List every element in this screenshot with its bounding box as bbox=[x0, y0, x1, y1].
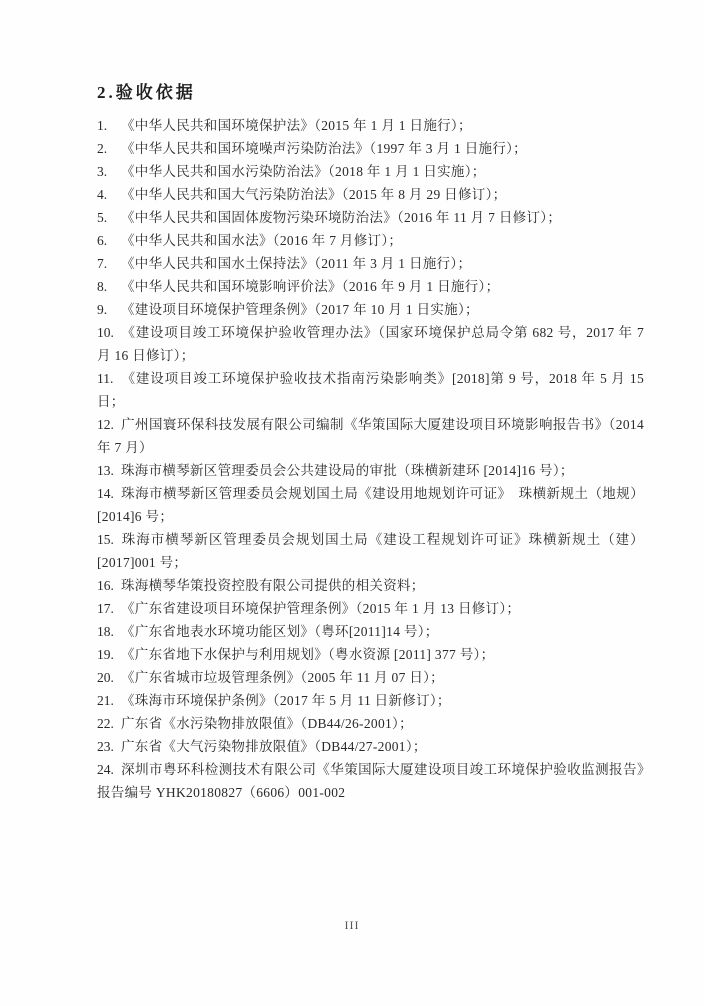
item-text: 《中华人民共和国环境影响评价法》（2016 年 9 月 1 日施行）； bbox=[121, 279, 499, 294]
item-number: 22. bbox=[97, 712, 121, 735]
item-number: 5. bbox=[97, 206, 121, 229]
section-heading: 2.验收依据 bbox=[97, 78, 644, 103]
item-text: 《广东省地下水保护与利用规划》（粤水资源 [2011] 377 号）； bbox=[121, 647, 494, 662]
list-item: 17.《广东省建设项目环境保护管理条例》（2015 年 1 月 13 日修订）； bbox=[97, 597, 644, 620]
item-text: 《建设项目环境保护管理条例》（2017 年 10 月 1 日实施）； bbox=[121, 302, 479, 317]
list-item: 3.《中华人民共和国水污染防治法》（2018 年 1 月 1 日实施）； bbox=[97, 160, 644, 183]
item-text: 《广东省城市垃圾管理条例》（2005 年 11 月 07 日）； bbox=[121, 670, 444, 685]
list-item: 2.《中华人民共和国环境噪声污染防治法》（1997 年 3 月 1 日施行）； bbox=[97, 137, 644, 160]
item-number: 1. bbox=[97, 114, 121, 137]
item-text: 珠海市横琴新区管理委员会公共建设局的审批（珠横新建环 [2014]16 号）； bbox=[121, 463, 574, 478]
item-number: 8. bbox=[97, 275, 121, 298]
item-text: 《建设项目竣工环境保护验收技术指南污染影响类》[2018]第 9 号，2018 … bbox=[97, 371, 644, 409]
item-number: 13. bbox=[97, 459, 121, 482]
item-number: 20. bbox=[97, 666, 121, 689]
item-number: 9. bbox=[97, 298, 121, 321]
list-item: 18.《广东省地表水环境功能区划》（粤环[2011]14 号）； bbox=[97, 620, 644, 643]
list-item: 5.《中华人民共和国固体废物污染环境防治法》（2016 年 11 月 7 日修订… bbox=[97, 206, 644, 229]
item-number: 24. bbox=[97, 758, 121, 781]
list-item: 21.《珠海市环境保护条例》（2017 年 5 月 11 日新修订）； bbox=[97, 689, 644, 712]
item-number: 19. bbox=[97, 643, 121, 666]
item-number: 6. bbox=[97, 229, 121, 252]
list-item: 20.《广东省城市垃圾管理条例》（2005 年 11 月 07 日）； bbox=[97, 666, 644, 689]
page-number: III bbox=[345, 918, 360, 932]
list-item: 10.《建设项目竣工环境保护验收管理办法》（国家环境保护总局令第 682 号，2… bbox=[97, 321, 644, 367]
item-text: 《中华人民共和国环境保护法》（2015 年 1 月 1 日施行）； bbox=[121, 118, 472, 133]
item-number: 21. bbox=[97, 689, 121, 712]
list-item: 19.《广东省地下水保护与利用规划》（粤水资源 [2011] 377 号）； bbox=[97, 643, 644, 666]
item-text: 《建设项目竣工环境保护验收管理办法》（国家环境保护总局令第 682 号，2017… bbox=[97, 325, 644, 363]
list-item: 6.《中华人民共和国水法》（2016 年 7 月修订）； bbox=[97, 229, 644, 252]
item-number: 18. bbox=[97, 620, 121, 643]
item-text: 深圳市粤环科检测技术有限公司《华策国际大厦建设项目竣工环境保护验收监测报告》报告… bbox=[97, 762, 644, 800]
list-item: 9.《建设项目环境保护管理条例》（2017 年 10 月 1 日实施）； bbox=[97, 298, 644, 321]
document-content: 2.验收依据 1.《中华人民共和国环境保护法》（2015 年 1 月 1 日施行… bbox=[97, 78, 644, 804]
item-number: 10. bbox=[97, 321, 121, 344]
item-number: 12. bbox=[97, 413, 121, 436]
item-text: 珠海市横琴新区管理委员会规划国土局《建设用地规划许可证》 珠横新规土（地规）[2… bbox=[97, 486, 644, 524]
item-number: 16. bbox=[97, 574, 121, 597]
item-text: 广东省《水污染物排放限值》（DB44/26-2001）； bbox=[121, 716, 413, 731]
item-text: 《中华人民共和国环境噪声污染防治法》（1997 年 3 月 1 日施行）； bbox=[121, 141, 527, 156]
list-item: 1.《中华人民共和国环境保护法》（2015 年 1 月 1 日施行）； bbox=[97, 114, 644, 137]
item-text: 广州国寰环保科技发展有限公司编制《华策国际大厦建设项目环境影响报告书》（2014… bbox=[97, 417, 644, 455]
item-text: 《中华人民共和国固体废物污染环境防治法》（2016 年 11 月 7 日修订）； bbox=[121, 210, 561, 225]
list-item: 15.珠海市横琴新区管理委员会规划国土局《建设工程规划许可证》珠横新规土（建）[… bbox=[97, 528, 644, 574]
item-number: 2. bbox=[97, 137, 121, 160]
item-number: 3. bbox=[97, 160, 121, 183]
item-number: 23. bbox=[97, 735, 121, 758]
page-footer: III bbox=[0, 916, 704, 934]
item-text: 《中华人民共和国水污染防治法》（2018 年 1 月 1 日实施）； bbox=[121, 164, 486, 179]
item-number: 14. bbox=[97, 482, 121, 505]
list-item: 7.《中华人民共和国水土保持法》（2011 年 3 月 1 日施行）； bbox=[97, 252, 644, 275]
list-item: 16.珠海横琴华策投资控股有限公司提供的相关资料； bbox=[97, 574, 644, 597]
list-item: 24.深圳市粤环科检测技术有限公司《华策国际大厦建设项目竣工环境保护验收监测报告… bbox=[97, 758, 644, 804]
list-item: 14.珠海市横琴新区管理委员会规划国土局《建设用地规划许可证》 珠横新规土（地规… bbox=[97, 482, 644, 528]
list-item: 11.《建设项目竣工环境保护验收技术指南污染影响类》[2018]第 9 号，20… bbox=[97, 367, 644, 413]
list-item: 12.广州国寰环保科技发展有限公司编制《华策国际大厦建设项目环境影响报告书》（2… bbox=[97, 413, 644, 459]
list-item: 4.《中华人民共和国大气污染防治法》（2015 年 8 月 29 日修订）； bbox=[97, 183, 644, 206]
document-page: 2.验收依据 1.《中华人民共和国环境保护法》（2015 年 1 月 1 日施行… bbox=[0, 0, 704, 1006]
item-text: 《珠海市环境保护条例》（2017 年 5 月 11 日新修订）； bbox=[121, 693, 451, 708]
item-text: 珠海横琴华策投资控股有限公司提供的相关资料； bbox=[121, 578, 425, 593]
item-text: 《中华人民共和国水法》（2016 年 7 月修订）； bbox=[121, 233, 402, 248]
item-text: 珠海市横琴新区管理委员会规划国土局《建设工程规划许可证》珠横新规土（建）[201… bbox=[97, 532, 644, 570]
item-text: 广东省《大气污染物排放限值》（DB44/27-2001）； bbox=[121, 739, 427, 754]
item-number: 15. bbox=[97, 528, 121, 551]
item-text: 《广东省建设项目环境保护管理条例》（2015 年 1 月 13 日修订）； bbox=[121, 601, 520, 616]
item-text: 《广东省地表水环境功能区划》（粤环[2011]14 号）； bbox=[121, 624, 439, 639]
item-number: 11. bbox=[97, 367, 121, 390]
item-text: 《中华人民共和国大气污染防治法》（2015 年 8 月 29 日修订）； bbox=[121, 187, 506, 202]
list-item: 13.珠海市横琴新区管理委员会公共建设局的审批（珠横新建环 [2014]16 号… bbox=[97, 459, 644, 482]
reference-list: 1.《中华人民共和国环境保护法》（2015 年 1 月 1 日施行）； 2.《中… bbox=[97, 114, 644, 804]
list-item: 8.《中华人民共和国环境影响评价法》（2016 年 9 月 1 日施行）； bbox=[97, 275, 644, 298]
item-number: 4. bbox=[97, 183, 121, 206]
item-number: 17. bbox=[97, 597, 121, 620]
item-number: 7. bbox=[97, 252, 121, 275]
list-item: 22.广东省《水污染物排放限值》（DB44/26-2001）； bbox=[97, 712, 644, 735]
list-item: 23.广东省《大气污染物排放限值》（DB44/27-2001）； bbox=[97, 735, 644, 758]
item-text: 《中华人民共和国水土保持法》（2011 年 3 月 1 日施行）； bbox=[121, 256, 471, 271]
